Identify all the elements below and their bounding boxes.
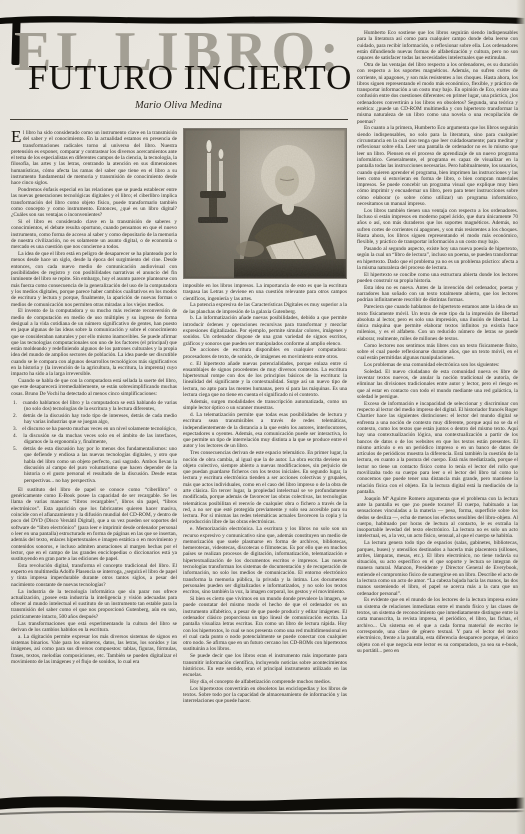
paragraph: c. El hipertexto añade nuevas potenciali… — [183, 361, 347, 399]
paragraph: Otra de las ventajas del libro respecto … — [357, 62, 518, 125]
paragraph: Tres consecuencias derivan de este espac… — [183, 450, 347, 526]
paragraph: El invento de la computadora y su mucho … — [11, 308, 177, 377]
paragraph: El sustituto del libro de papel se conoc… — [11, 487, 177, 563]
paragraph: Esta idea no es nueva. Antes de la inven… — [357, 285, 518, 304]
article-title: FUTURO INCIERTO — [28, 60, 352, 96]
column-left-paragraphs: Pondremos énfasis especial en las relaci… — [11, 187, 177, 397]
list-item-text: el discurso se ha puesto muchas veces en… — [21, 426, 177, 432]
paragraph: Pondremos énfasis especial en las relaci… — [11, 187, 177, 218]
list-item-text: detrás de la discusión hay todo tipo de … — [21, 413, 177, 425]
lead-paragraph: El libro ha sido considerado como un ins… — [11, 130, 177, 187]
list-item-text: la discusión se da muchas veces solo en … — [21, 433, 177, 445]
column-left-paragraphs-lower: El sustituto del libro de papel se conoc… — [11, 487, 177, 665]
column-right: Humberto Eco sostiene que los libros seg… — [357, 30, 518, 792]
paragraph: Los hipertextos convertirán en obsoletos… — [183, 686, 347, 705]
engraving-illustration — [183, 128, 347, 279]
engraving-grain-texture — [184, 129, 346, 278]
paragraph: Además, surgen modalidades de transcripc… — [183, 399, 347, 412]
paragraph: En cuanto a la primera, Humberto Eco arg… — [357, 125, 518, 207]
list-item-text: cuando hablamos del libro y la computado… — [21, 400, 177, 412]
paragraph: La idea de que el libro está en peligro … — [11, 251, 177, 308]
paragraph: a. La digitación permite expresar los má… — [11, 634, 177, 665]
scan-artifact-bottom-rule — [0, 792, 525, 824]
paragraph: e. Memorización electrónica. La escritur… — [183, 526, 347, 595]
paragraph: Los problemas de una comunidad electróni… — [357, 362, 518, 368]
scanned-article-page: EL LIBRO: FUTURO INCIERTO Mario Oliva Me… — [0, 0, 525, 834]
paragraph: La lectura genera todo tipo de espacios … — [357, 540, 518, 597]
numbered-list-item: 3. el discurso se ha puesto muchas veces… — [13, 426, 177, 432]
paragraph: Joaquín Mª Aguirre Romero argumenta que … — [357, 496, 518, 540]
paragraph: Las transformaciones que está experiment… — [11, 621, 177, 634]
paragraph: Cuando se habla de que con la computador… — [11, 378, 177, 397]
paragraph: Como lectores nos sentimos más libres co… — [357, 343, 518, 362]
simplifications-numbered-list: 1. cuando hablamos del libro y la comput… — [13, 400, 177, 484]
numbered-list-item: 1. cuando hablamos del libro y la comput… — [13, 400, 177, 413]
title-divider-rule — [10, 119, 348, 120]
paragraph: Hoy día, el concepto de alfabetización c… — [183, 679, 347, 685]
column-middle: imposible en los libros impresos. La imp… — [183, 283, 347, 792]
numbered-list-item: 2. detrás de la discusión hay todo tipo … — [13, 413, 177, 426]
paragraph: El hipertexto se concibe como una estruc… — [357, 272, 518, 285]
paragraph: La potencia expresiva de las Característ… — [183, 302, 347, 315]
paragraph: b. La informatización añade nuevas posib… — [183, 315, 347, 346]
list-item-text: detrás de esta discusión hay por lo meno… — [21, 446, 177, 483]
column-left: El libro ha sido considerado como un ins… — [11, 130, 177, 792]
paragraph: Soledad. El nuevo ciudadano de esta comu… — [357, 369, 518, 400]
page-edge-shading — [516, 0, 525, 834]
paragraph: La industria de la tecnología informátic… — [11, 589, 177, 620]
paragraph: Esta revolución digital, transforma el c… — [11, 563, 177, 588]
list-number: 4. — [13, 433, 21, 439]
paragraph: Pareciera que cuando hablamos de hiperte… — [357, 304, 518, 342]
paragraph: Es evidente que en el mundo de los lecto… — [357, 597, 518, 654]
list-number: 2. — [13, 413, 21, 419]
list-number: 1. — [13, 400, 21, 406]
numbered-list-item: 5. detrás de esta discusión hay por lo m… — [13, 446, 177, 484]
paragraph: Exceso de información e incapacidad de s… — [357, 401, 518, 495]
numbered-list-item: 4. la discusión se da muchas veces solo … — [13, 433, 177, 446]
paragraph: Se puede decir que los libros eran el in… — [183, 653, 347, 678]
paragraph: Humberto Eco sostiene que los libros seg… — [357, 30, 518, 61]
paragraph: d. La telematización permite que todas e… — [183, 412, 347, 450]
list-number: 3. — [13, 426, 21, 432]
paragraph: Si bien es cierto que vivimos en un mund… — [183, 596, 347, 653]
paragraph: Si el libro es considerado clave en la t… — [11, 219, 177, 250]
paragraph: Los libros también tienen una ventaja co… — [357, 208, 518, 246]
paragraph: De acciones de escritura disponibles en … — [183, 347, 347, 360]
paragraph: Pasando al segundo aspecto, existe hoy u… — [357, 246, 518, 271]
author-byline: Mario Oliva Medina — [10, 100, 347, 111]
paragraph: imposible en los libros impresos. La imp… — [183, 283, 347, 302]
list-number: 5. — [13, 446, 21, 452]
